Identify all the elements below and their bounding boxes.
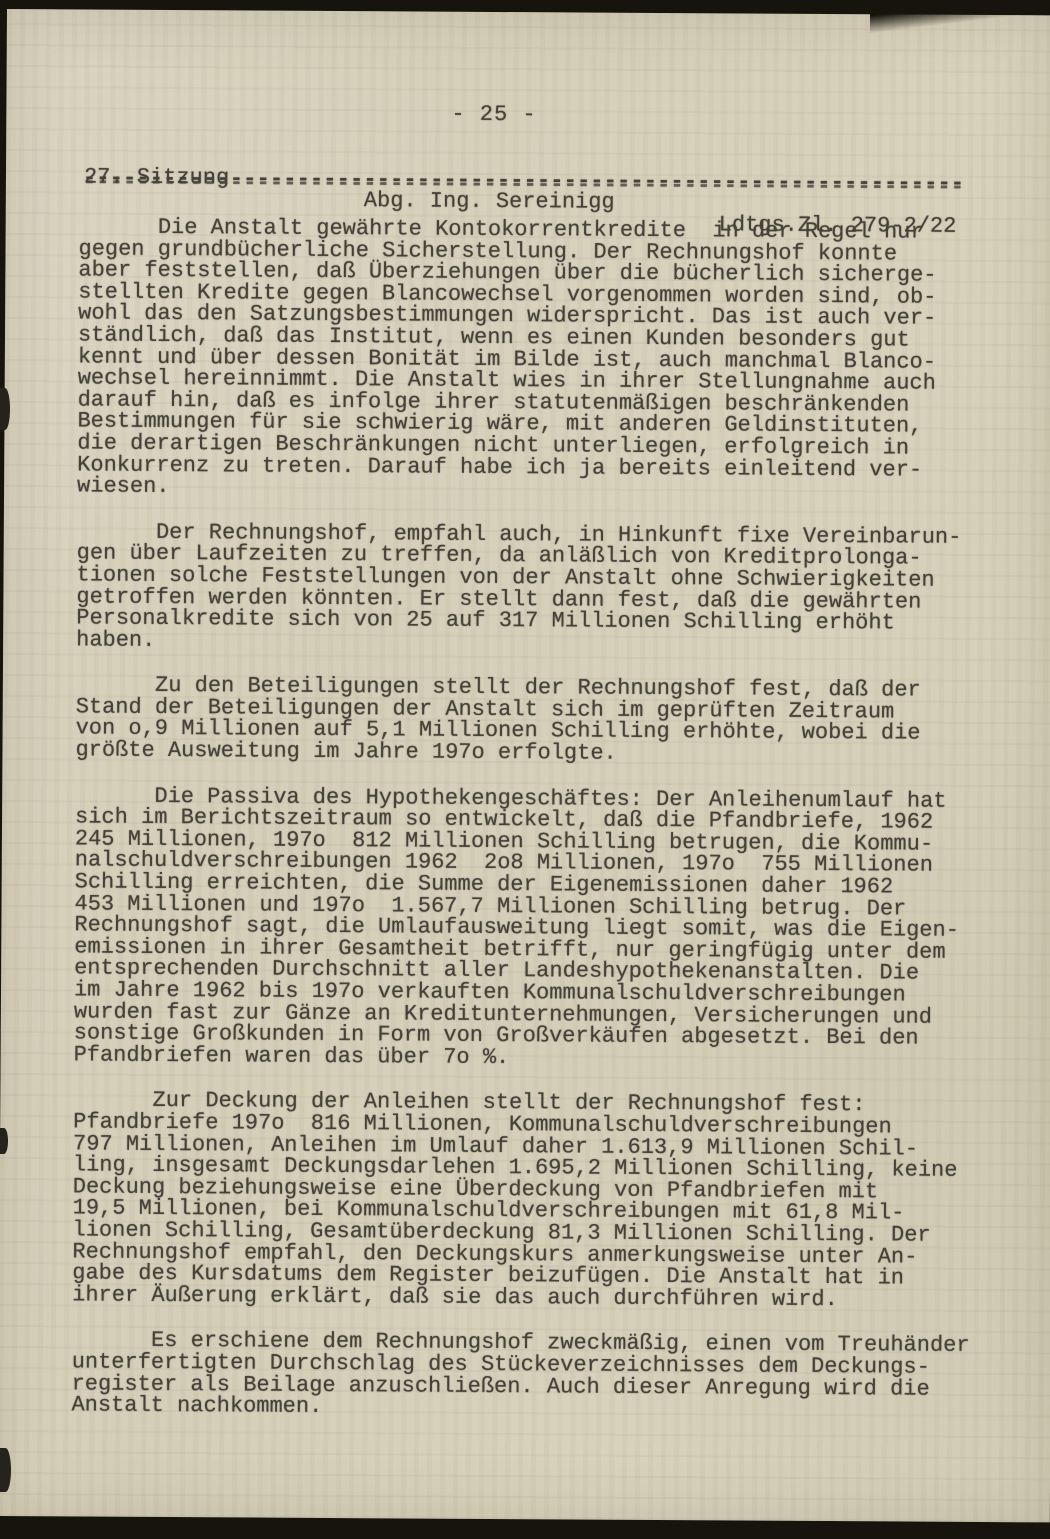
header-separator-line: ----------------------------------------… <box>79 167 1003 195</box>
scanned-document-page: { "document": { "page_number": "- 25 -",… <box>0 0 1050 1539</box>
document-body: Die Anstalt gewährte Kontokorrentkredite… <box>71 216 1002 1421</box>
paper-page: - 25 - 27. Sitzung Abg. Ing. Sereinigg L… <box>0 9 1050 1522</box>
scan-border-corner <box>870 0 1050 34</box>
separator-dashes-overstrike: ----------------------------------------… <box>83 171 964 198</box>
header-reference: Ldtgs.Zl. 279-2/22 <box>719 214 957 237</box>
paragraph-deckung: Zur Deckung der Anleihen stellt der Rech… <box>72 1090 997 1312</box>
paragraph-laufzeiten: Der Rechnungshof, empfahl auch, in Hinku… <box>76 521 1001 656</box>
page-number: - 25 - <box>451 104 1003 129</box>
paragraph-kontokorrentkredite: Die Anstalt gewährte Kontokorrentkredite… <box>77 216 1003 502</box>
scan-ink-blob <box>0 388 10 430</box>
scan-ink-blob <box>0 1128 8 1154</box>
paragraph-treuhaender: Es erschiene dem Rechnungshof zweckmäßig… <box>71 1330 996 1422</box>
paragraph-beteiligungen: Zu den Beteiligungen stellt der Rechnung… <box>75 675 1000 767</box>
scan-ink-blob <box>0 1448 11 1492</box>
page-content: - 25 - 27. Sitzung Abg. Ing. Sereinigg L… <box>0 101 1050 1422</box>
paragraph-passiva: Die Passiva des Hypothekengeschäftes: De… <box>74 785 1000 1071</box>
